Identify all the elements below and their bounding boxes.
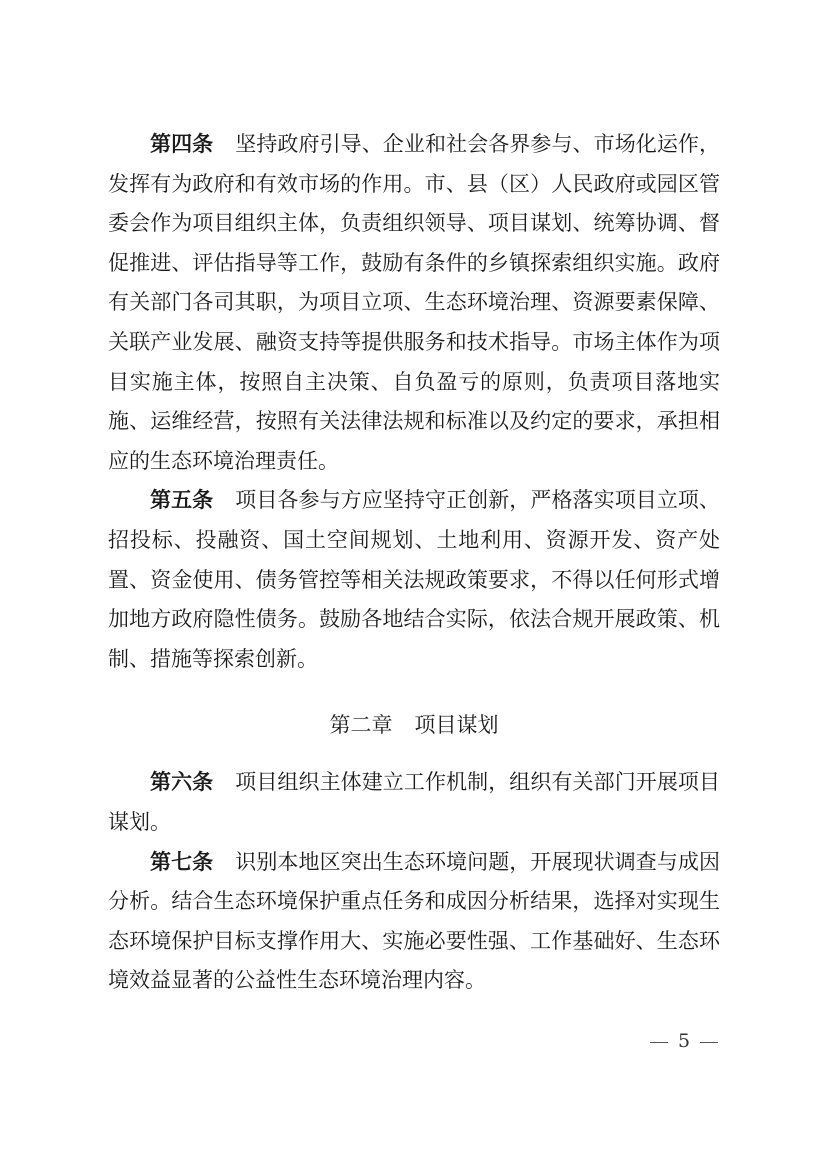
article-line: 分析。结合生态环境保护重点任务和成因分析结果，选择对实现生 <box>108 882 720 922</box>
article-4: 第四条坚持政府引导、企业和社会各界参与、市场化运作， 发挥有为政府和有效市场的作… <box>108 125 720 481</box>
article-line: 招投标、投融资、国土空间规划、土地利用、资源开发、资产处 <box>108 521 720 561</box>
article-line: 谋划。 <box>108 803 720 843</box>
article-line: 第四条坚持政府引导、企业和社会各界参与、市场化运作， <box>108 125 720 165</box>
article-6: 第六条项目组织主体建立工作机制，组织有关部门开展项目 谋划。 <box>108 763 720 842</box>
article-line: 制、措施等探索创新。 <box>108 640 720 680</box>
chapter-title: 项目谋划 <box>415 713 499 737</box>
article-line: 施、运维经营，按照有关法律法规和标准以及约定的要求，承担相 <box>108 402 720 442</box>
article-label: 第五条 <box>150 488 213 512</box>
article-line: 境效益显著的公益性生态环境治理内容。 <box>108 961 720 1001</box>
article-label: 第七条 <box>150 850 213 874</box>
article-line: 态环境保护目标支撑作用大、实施必要性强、工作基础好、生态环 <box>108 922 720 962</box>
document-page: 第四条坚持政府引导、企业和社会各界参与、市场化运作， 发挥有为政府和有效市场的作… <box>108 125 720 1001</box>
page-number: 5 <box>640 1030 728 1052</box>
article-line: 有关部门各司其职，为项目立项、生态环境治理、资源要素保障、 <box>108 283 720 323</box>
article-line: 目实施主体，按照自主决策、自负盈亏的原则，负责项目落地实 <box>108 363 720 403</box>
dash-right <box>700 1042 718 1043</box>
article-line: 加地方政府隐性债务。鼓励各地结合实际，依法合规开展政策、机 <box>108 600 720 640</box>
article-7: 第七条识别本地区突出生态环境问题，开展现状调查与成因 分析。结合生态环境保护重点… <box>108 843 720 1001</box>
chapter-number: 第二章 <box>330 713 393 737</box>
article-line: 置、资金使用、债务管控等相关法规政策要求，不得以任何形式增 <box>108 561 720 601</box>
article-5: 第五条项目各参与方应坚持守正创新，严格落实项目立项、 招投标、投融资、国土空间规… <box>108 481 720 679</box>
article-line: 第五条项目各参与方应坚持守正创新，严格落实项目立项、 <box>108 481 720 521</box>
article-line: 发挥有为政府和有效市场的作用。市、县（区）人民政府或园区管 <box>108 165 720 205</box>
article-line: 委会作为项目组织主体，负责组织领导、项目谋划、统筹协调、督 <box>108 204 720 244</box>
article-line: 促推进、评估指导等工作，鼓励有条件的乡镇探索组织实施。政府 <box>108 244 720 284</box>
article-line: 第六条项目组织主体建立工作机制，组织有关部门开展项目 <box>108 763 720 803</box>
chapter-heading: 第二章项目谋划 <box>108 699 720 751</box>
article-line: 第七条识别本地区突出生态环境问题，开展现状调查与成因 <box>108 843 720 883</box>
article-line: 关联产业发展、融资支持等提供服务和技术指导。市场主体作为项 <box>108 323 720 363</box>
dash-left <box>650 1042 668 1043</box>
article-label: 第六条 <box>150 770 213 794</box>
article-line: 应的生态环境治理责任。 <box>108 442 720 482</box>
article-label: 第四条 <box>150 132 213 156</box>
